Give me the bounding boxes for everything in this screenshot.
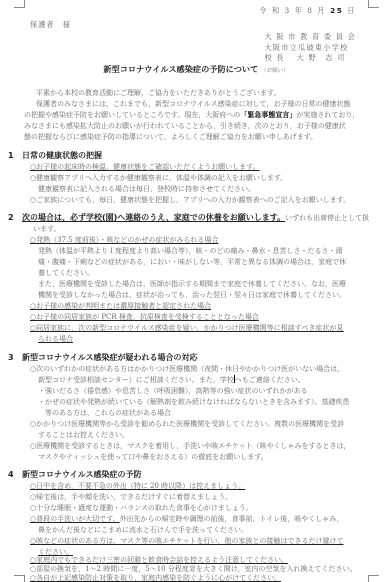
emergency-declaration: 「緊急事態宣言」 xyxy=(240,111,296,119)
list-item: マスクやティッシュを使って口や鼻をおさえる）の徹底をお願いします。 xyxy=(38,452,268,462)
list-item: ○各自が上記感染防止対策を取り，家庭内感染を防ぐように心がけてください。 xyxy=(30,573,281,582)
addressee: 保護者 様 xyxy=(30,20,71,30)
list-item: ○お子様の感染が判明または濃厚接触者と認定された場合 xyxy=(30,301,211,311)
intro-line: の把握や感染症予防をお願いしているところです。現在，大阪府への「緊急事態宣言」が… xyxy=(24,110,359,120)
section-note: いずれも出席停止として扱 xyxy=(285,214,369,222)
date-day: 25 xyxy=(330,6,343,15)
list-item: ○日中を含め，不要不急の外出（特に 20 時以降）は控えましょう。 xyxy=(30,481,245,491)
intro-line: 態の把握ならびに感染症予防の指導について，よろしくご理解ご協力をお願い申しあげま… xyxy=(24,132,317,142)
list-item: 等のある方は，これらの症状がある場合 xyxy=(38,408,171,418)
section-title: 新型コロナウイルス感染症が疑われる場合の対応 xyxy=(22,353,198,362)
item-text: 外出先からの帰宅時や調理の前後，食事前，トイレ後，咳やくしゃみ， xyxy=(120,515,344,523)
section-title: 新型コロナウイルス感染症の予防 xyxy=(22,470,142,479)
sender-line: 大 阪 市 教 育 委 員 会 xyxy=(265,32,357,43)
section-note-cont: います。 xyxy=(33,224,60,234)
item-text: ○発熱（37.5 度前後）・咳などのかぜの症状がみられる場合 xyxy=(30,236,218,244)
section-1-heading: 1日常の健康状態の把握 xyxy=(8,150,102,161)
section-2-heading: 2次の場合は、必ず学校(園)へ連絡のうえ、家庭での休養をお願いします。いずれも出… xyxy=(8,212,369,223)
document-date: 令 和 3 年 8 月 25 日 xyxy=(259,6,356,16)
section-title: 日常の健康状態の把握 xyxy=(22,151,102,160)
intro-line: みなさまにも感染拡大防止のお願いが行われていることから，引き続き，次のとおり，お… xyxy=(24,121,346,131)
list-item: することはお控えください。 xyxy=(38,430,129,440)
list-item: ・かぜの症状や発熱が続いている（解熱剤を飲み続けなければならないときを含みます）… xyxy=(38,397,350,407)
intro-text: の把握や感染症予防をお願いしているところです。現在，大阪府への xyxy=(24,111,240,119)
sender-line: 大阪市立瓜破東小学校 xyxy=(265,43,357,54)
item-text: ○日中を含め，不要不急の外出（特に 20 時以降）は控えましょう。 xyxy=(30,482,245,490)
item-text: ○家庭内でもできるだけ三密の回避と飲食時会話を控えるよう注意してください。 xyxy=(30,556,288,564)
section-4-heading: 4新型コロナウイルス感染症の予防 xyxy=(8,469,142,480)
crop-mark-bottom-right xyxy=(368,575,379,582)
list-item: 養してください。 xyxy=(38,268,94,278)
crop-mark-top-right xyxy=(368,0,379,8)
document-title: 新型コロナウイルス感染症の予防について （お願い） xyxy=(0,64,392,75)
list-item: 痛・腹痛・下痢などの症状がある，におい・味がしない等，平常と異なる体調の場合は，… xyxy=(38,257,346,267)
intro-text: が実施されており， xyxy=(296,111,359,119)
section-title: 次の場合は、必ず学校(園)へ連絡のうえ、家庭での休養をお願いします。 xyxy=(22,213,285,222)
list-item: ○咳などの症状のある方は，マスク等の咳エチケットを行い，他の家族との接触はできる… xyxy=(30,536,343,546)
item-text: へもご連絡ください。 xyxy=(235,376,305,384)
list-item: ○医療機関を受診するときは，マスクを着用し，手洗いや咳エチケット（咳やくしゃみを… xyxy=(30,441,350,451)
list-item: また，医療機関を受診した場合は，医師が指示する期間まで家庭で休養してください。な… xyxy=(38,279,346,289)
list-item: ○普段の手洗いが大切です。外出先からの帰宅時や調理の前後，食事前，トイレ後，咳や… xyxy=(30,514,344,524)
date-suffix: 日 xyxy=(347,6,356,15)
list-item: ○お子様の起床時の検温，健康状態をご確認いただくようお願いします。 xyxy=(30,162,260,172)
crop-mark-top-left xyxy=(14,0,25,8)
list-item: 鼻をかんだ後などにこまめに流水と石けんで手を洗ってください。 xyxy=(38,525,248,535)
item-text: ○咳などの症状のある方は，マスク等の咳エチケットを行い，他の家族との接触はできる… xyxy=(30,537,343,545)
list-item: ・強いだるさ（倦怠感）や息苦しさ（呼吸困難），高熱等の強い症状のいずれかがある xyxy=(38,386,308,396)
list-item: られる場合 xyxy=(38,334,73,344)
list-item: ○発熱（37.5 度前後）・咳などのかぜの症状がみられる場合 xyxy=(30,235,218,245)
sender-line: 校 長 大 野 志 司 xyxy=(265,53,357,64)
section-number: 1 xyxy=(8,151,22,160)
list-item: ○帰宅後は，手や顔を洗い，できるだけすぐに着替えましょう。 xyxy=(30,492,232,502)
intro-line: 保護者のみなさまには，これまでも，新型コロナウイルス感染症に対して，お子様の日常… xyxy=(36,99,350,109)
item-text: られる場合 xyxy=(38,335,73,343)
section-number: 3 xyxy=(8,353,22,362)
list-item: ○次のいずれかの症状がある方はかかりつけ医療機関（夜間・休日やかかりつけ医がいな… xyxy=(30,364,344,374)
item-text: ○お子様の同居家族が PCR 検査，抗原検査を受検することとなった場合 xyxy=(30,313,259,321)
list-item: ○健康観察アプリへ入力するか健康観察表に，体温や体調の記入をお願いします。 xyxy=(30,173,287,183)
title-sub: （お願い） xyxy=(261,68,289,74)
title-main: 新型コロナウイルス感染症の予防について xyxy=(103,64,258,74)
item-text: ○お子様の起床時の検温，健康状態をご確認いただくようお願いします。 xyxy=(30,163,260,171)
item-text: 新型コロナ受診相談センター）にご相談ください。また，学校 xyxy=(38,376,234,384)
crop-mark-bottom-left xyxy=(14,575,25,582)
intro-line: 平素から本校の教育活動にご理解，ご協力をいただきありがとうございます。 xyxy=(36,88,280,98)
list-item: ○ご家族についても，毎日，健康状態を把握し，アプリへの入力か観察表へのご記入をお… xyxy=(30,195,350,205)
list-item: 機関を受診しなかった場合は，症状が治っても，治った翌日・翌々日は家庭で休養してく… xyxy=(38,290,346,300)
sender-block: 大 阪 市 教 育 委 員 会 大阪市立瓜破東小学校 校 長 大 野 志 司 xyxy=(265,32,357,64)
list-item: ○同居家族に，次の新型コロナウイルス感染症を疑い，かかりつけ医療機関等に相談すべ… xyxy=(30,323,344,333)
item-text: ○各自が上記感染防止対策を取り，家庭内感染を防ぐように心がけてください。 xyxy=(30,574,281,582)
section-number: 4 xyxy=(8,470,22,479)
list-item: 健康観察表に記入される場合は毎日，登校時に持参させてください。 xyxy=(38,184,255,194)
list-item: 新型コロナ受診相談センター）にご相談ください。また，学校へもご連絡ください。 xyxy=(38,375,305,385)
list-item: 発熱（体温が平熱より１度程度より高い場合等），咳・のどの痛み・鼻水・息苦しさ・だ… xyxy=(38,246,343,256)
item-text: ○同居家族に，次の新型コロナウイルス感染症を疑い，かかりつけ医療機関等に相談すべ… xyxy=(30,324,344,332)
list-item: ○お子様の同居家族が PCR 検査，抗原検査を受検することとなった場合 xyxy=(30,312,259,322)
item-text: ○普段の手洗いが大切です。 xyxy=(30,515,120,523)
item-text: ○お子様の感染が判明または濃厚接触者と認定された場合 xyxy=(30,302,211,310)
list-item: ○かかりつけ医療機関等から受診を勧められた医療機関を受診してください。複数の医療… xyxy=(30,419,344,429)
section-number: 2 xyxy=(8,213,22,222)
section-3-heading: 3新型コロナウイルス感染症が疑われる場合の対応 xyxy=(8,352,198,363)
list-item: ○十分な睡眠・適度な運動・バランスの取れた食事を心がけましょう。 xyxy=(30,503,253,513)
date-prefix: 令 和 3 年 8 月 xyxy=(259,6,326,15)
